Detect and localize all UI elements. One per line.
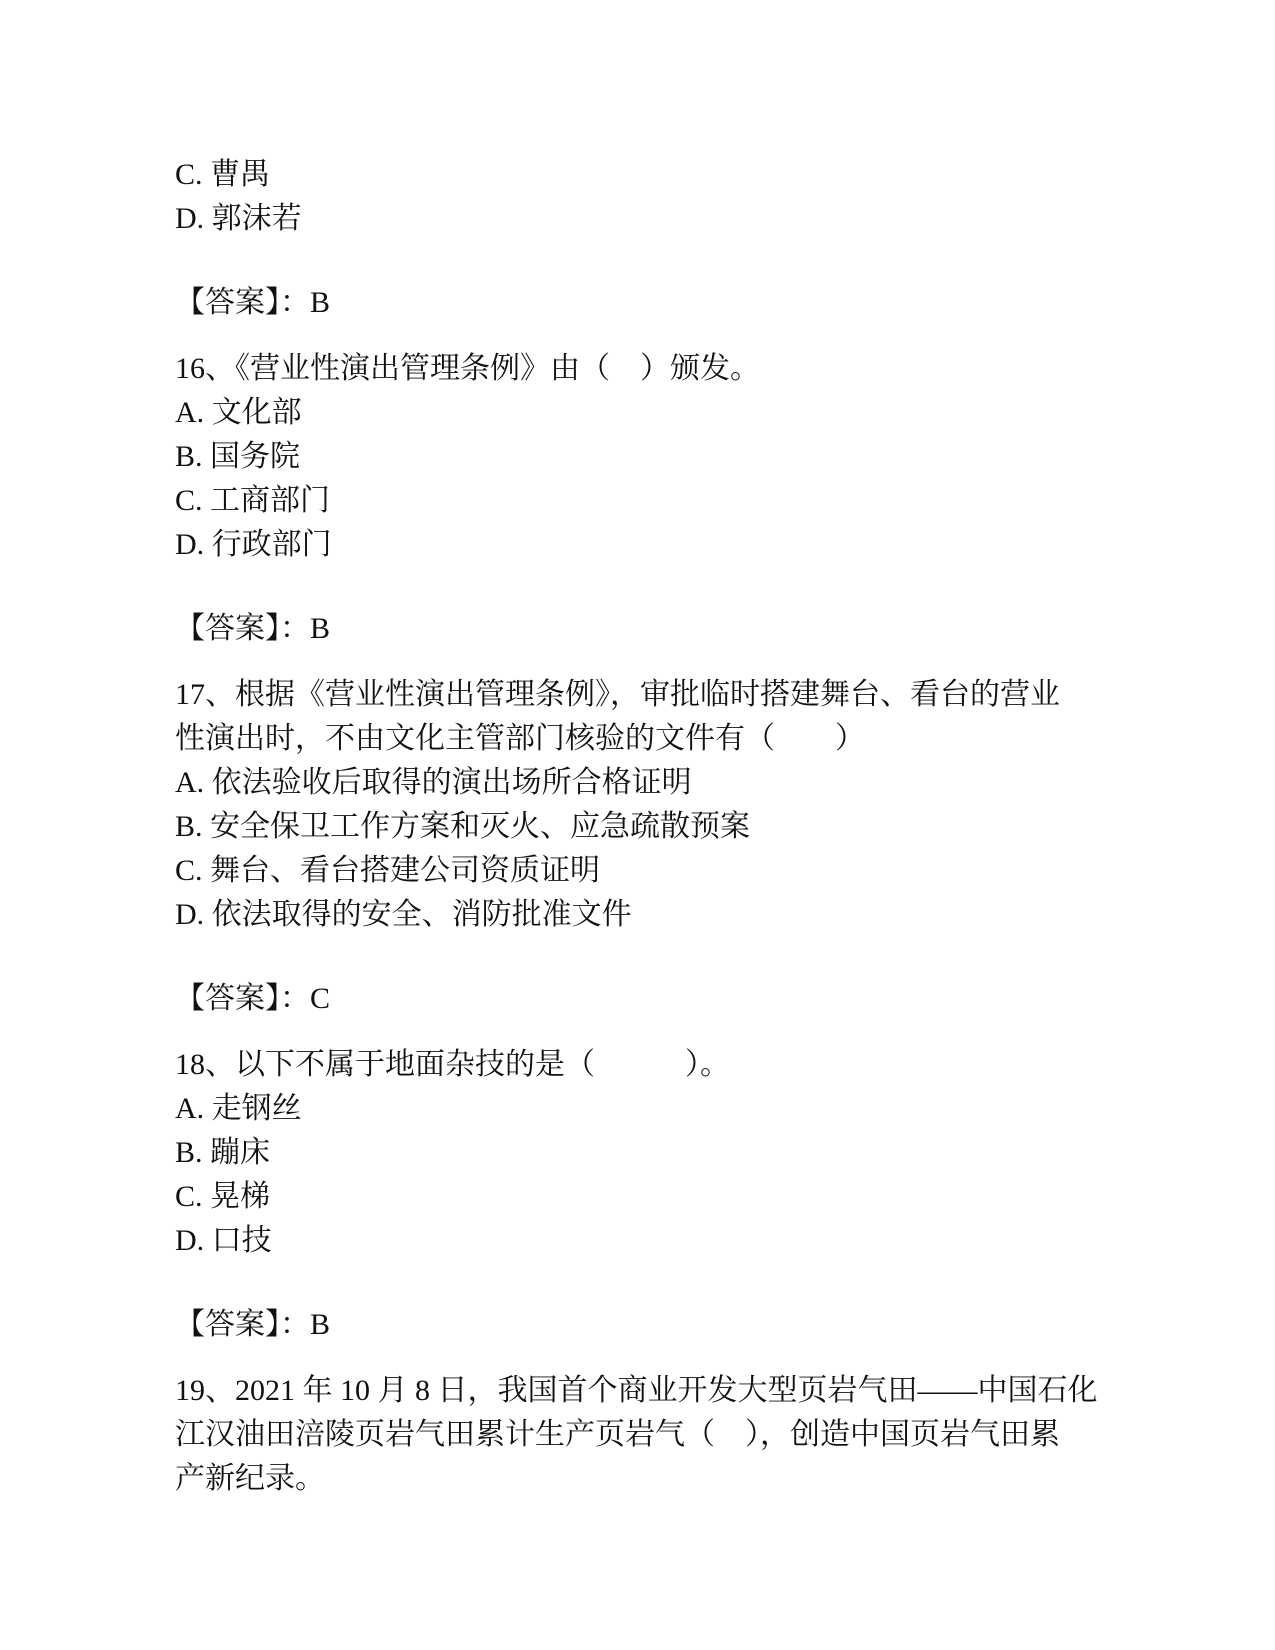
answer-line: 【答案】：C — [175, 977, 1135, 1021]
option-line: D. 依法取得的安全、消防批准文件 — [175, 893, 1135, 937]
option-line: A. 依法验收后取得的演出场所合格证明 — [175, 761, 1135, 805]
question-line: 18、以下不属于地面杂技的是（ ）。 — [175, 1043, 1135, 1087]
option-line: C. 晃梯 — [175, 1175, 1135, 1219]
option-line: C. 曹禺 — [175, 153, 1135, 197]
answer-line: 【答案】：B — [175, 607, 1135, 651]
question-line-continuation: 江汉油田涪陵页岩气田累计生产页岩气（ ），创造中国页岩气田累 — [175, 1413, 1135, 1457]
document-page: C. 曹禺D. 郭沫若【答案】：B16、《营业性演出管理条例》由（ ）颁发。A.… — [0, 0, 1275, 1650]
option-line: A. 走钢丝 — [175, 1087, 1135, 1131]
option-line: B. 安全保卫工作方案和灭火、应急疏散预案 — [175, 805, 1135, 849]
answer-line: 【答案】：B — [175, 1303, 1135, 1347]
option-line: D. 郭沫若 — [175, 197, 1135, 241]
option-line: B. 国务院 — [175, 435, 1135, 479]
option-line: C. 工商部门 — [175, 479, 1135, 523]
question-line: 19、2021 年 10 月 8 日，我国首个商业开发大型页岩气田——中国石化 — [175, 1369, 1135, 1413]
option-line: C. 舞台、看台搭建公司资质证明 — [175, 849, 1135, 893]
question-line: 17、根据《营业性演出管理条例》，审批临时搭建舞台、看台的营业 — [175, 673, 1135, 717]
question-line: 16、《营业性演出管理条例》由（ ）颁发。 — [175, 347, 1135, 391]
option-line: D. 口技 — [175, 1219, 1135, 1263]
question-line-continuation: 产新纪录。 — [175, 1457, 1135, 1501]
question-line-continuation: 性演出时，不由文化主管部门核验的文件有（ ） — [175, 717, 1135, 761]
answer-line: 【答案】：B — [175, 281, 1135, 325]
option-line: A. 文化部 — [175, 391, 1135, 435]
option-line: D. 行政部门 — [175, 523, 1135, 567]
option-line: B. 蹦床 — [175, 1131, 1135, 1175]
exam-content: C. 曹禺D. 郭沫若【答案】：B16、《营业性演出管理条例》由（ ）颁发。A.… — [175, 153, 1135, 1501]
